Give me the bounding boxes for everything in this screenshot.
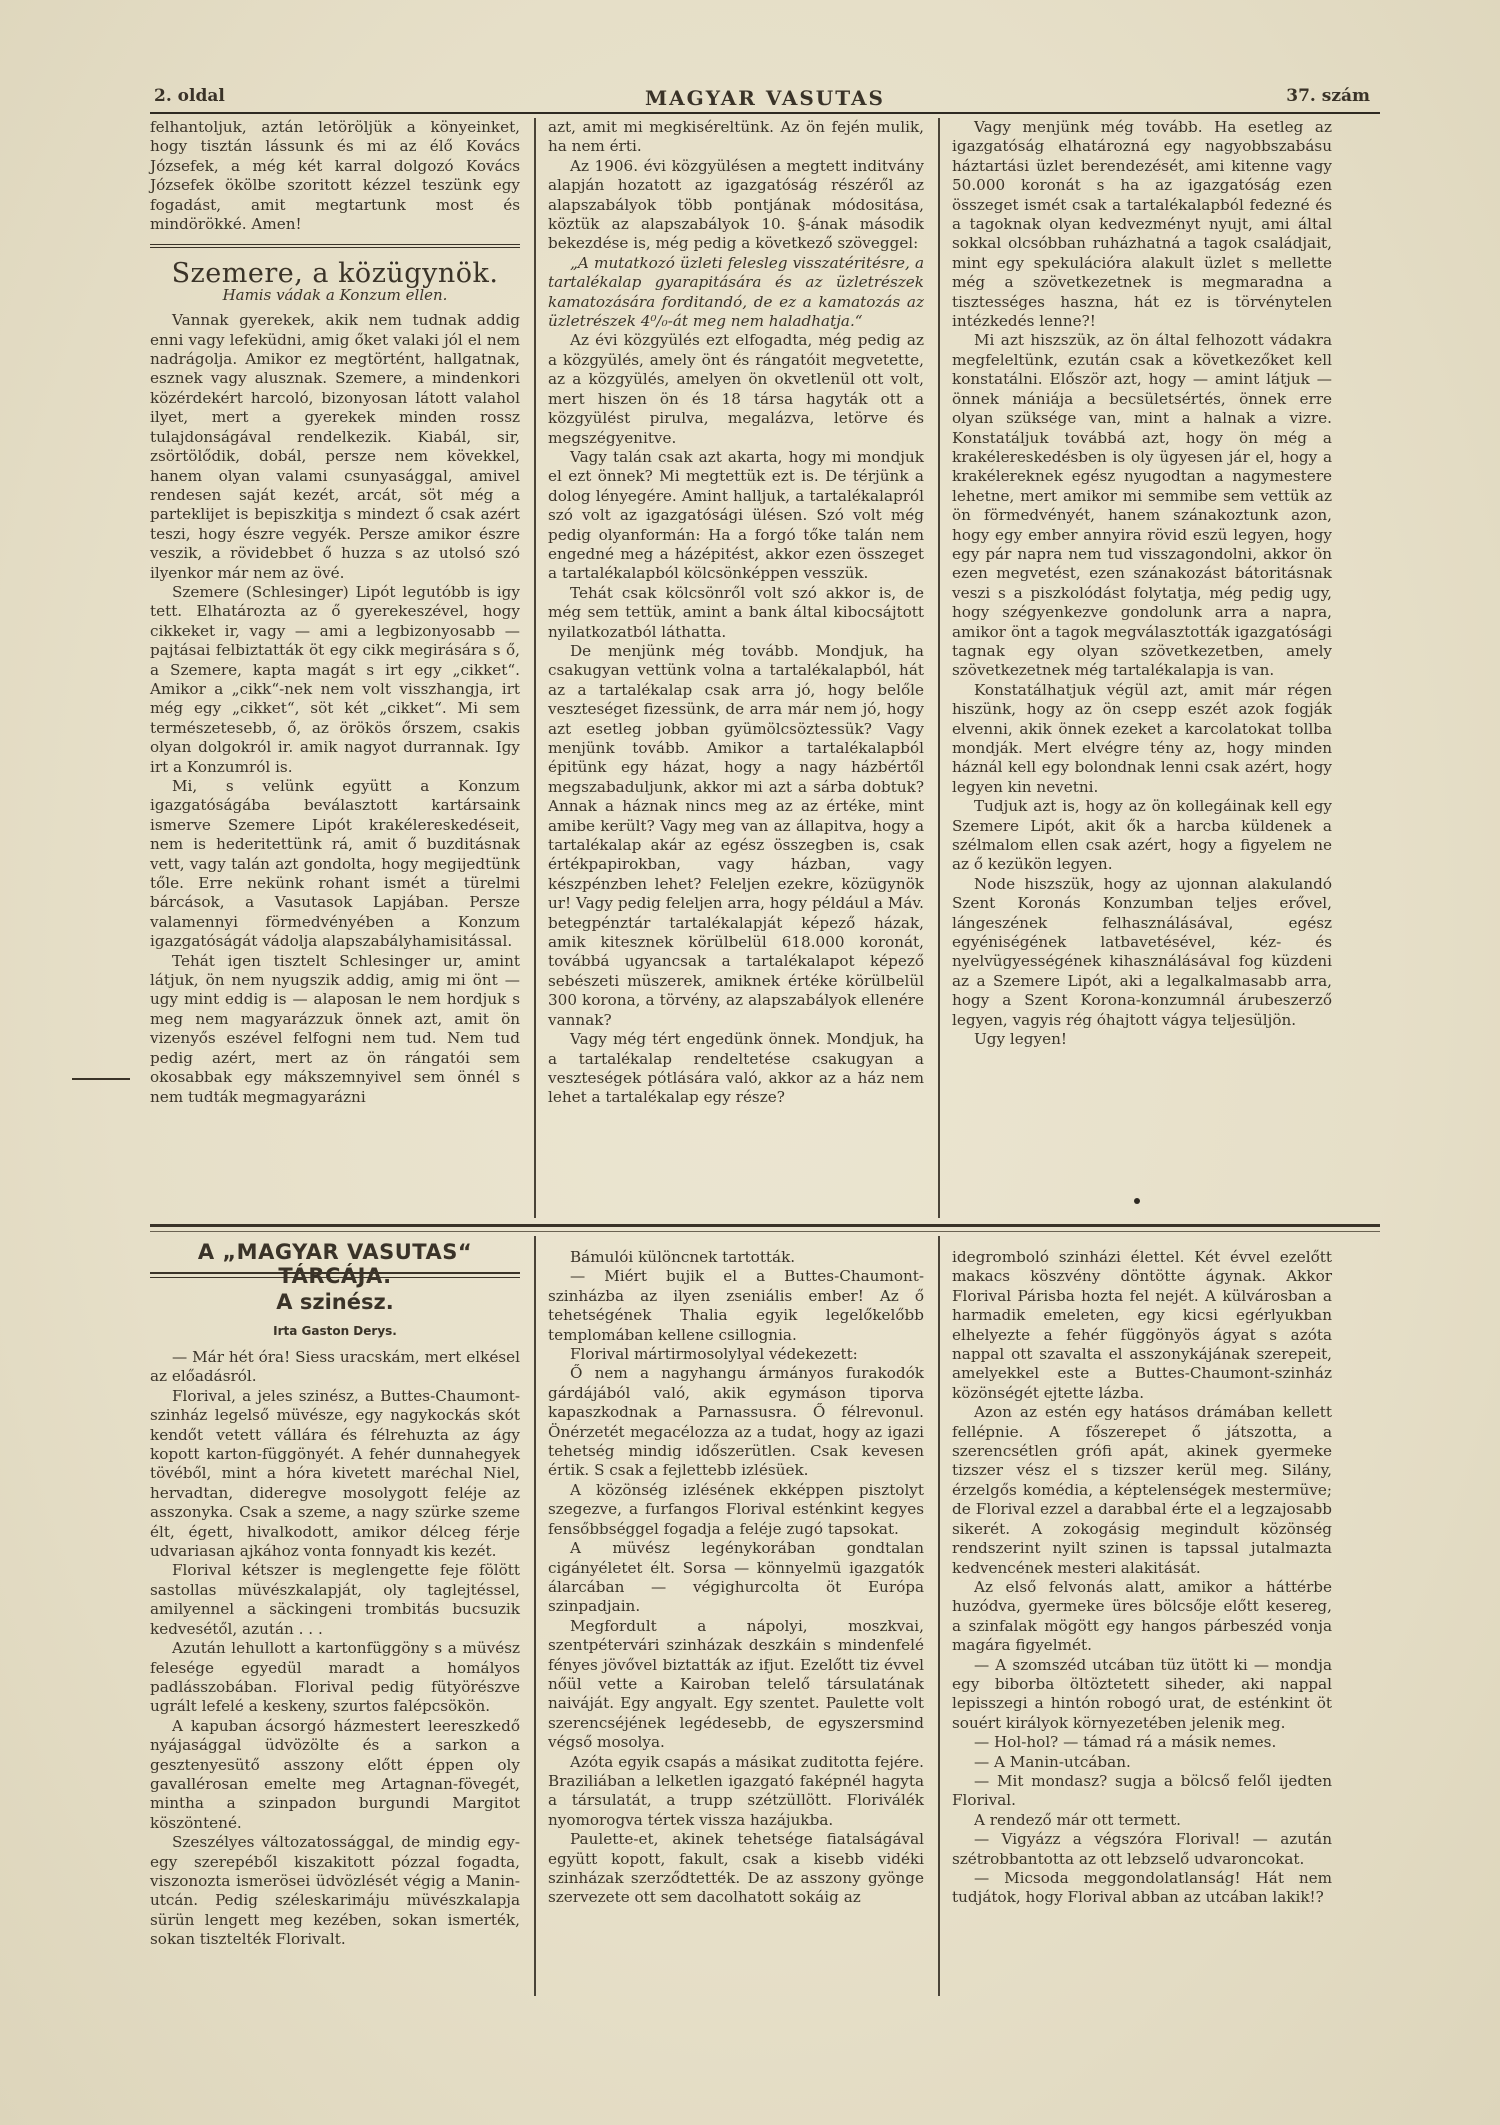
story-paragraph: Florival mártirmosolylyal védekezett: [548, 1345, 924, 1364]
story-paragraph: — Már hét óra! Siess uracskám, mert elké… [150, 1348, 520, 1387]
article-paragraph: Tehát igen tisztelt Schlesinger ur, amin… [150, 952, 520, 1107]
header-rule [150, 112, 1380, 114]
article-paragraph: Mi azt hiszszük, az ön által felhozott v… [952, 331, 1332, 680]
article-paragraph: Mi, s velünk együtt a Konzum igazgatóság… [150, 777, 520, 952]
masthead-title: MAGYAR VASUTAS [150, 86, 1380, 110]
feuilleton-column-1: — Már hét óra! Siess uracskám, mert elké… [150, 1348, 520, 1950]
quoted-bylaw: „A mutatkozó üzleti felesleg visszatérit… [548, 254, 924, 332]
article-paragraph: Konstatálhatjuk végül azt, amit már rége… [952, 681, 1332, 797]
feuilleton-section-title: A „MAGYAR VASUTAS“ TÁRCÁJA. [150, 1240, 520, 1288]
story-paragraph: idegromboló szinházi élettel. Két évvel … [952, 1248, 1332, 1403]
story-paragraph: — Hol-hol? — támad rá a másik nemes. [952, 1733, 1332, 1752]
article-paragraph: De menjünk még tovább. Mondjuk, ha csaku… [548, 642, 924, 1030]
article-title: Szemere, a közügynök. [150, 264, 520, 283]
article-paragraph: Az 1906. évi közgyülésen a megtett indit… [548, 157, 924, 254]
article-paragraph: azt, amit mi megkiséreltünk. Az ön fején… [548, 118, 924, 157]
story-paragraph: Bámulói különcnek tartották. [548, 1248, 924, 1267]
story-paragraph: Szeszélyes változatossággal, de mindig e… [150, 1833, 520, 1949]
story-paragraph: Azóta egyik csapás a másikat zuditotta f… [548, 1753, 924, 1831]
article-closing: Ugy legyen! [952, 1030, 1332, 1049]
story-paragraph: Ő nem a nagyhangu ármányos furakodók gár… [548, 1364, 924, 1480]
article-paragraph: Vannak gyerekek, akik nem tudnak addig e… [150, 311, 520, 583]
article-paragraph: Szemere (Schlesinger) Lipót legutóbb is … [150, 583, 520, 777]
article-paragraph: Vagy menjünk még tovább. Ha esetleg az i… [952, 118, 1332, 331]
story-paragraph: A közönség izlésének ekképpen pisztolyt … [548, 1481, 924, 1539]
story-author: Irta Gaston Derys. [150, 1324, 520, 1338]
story-paragraph: Az első felvonás alatt, amikor a háttérb… [952, 1578, 1332, 1656]
article-paragraph: Az évi közgyülés ezt elfogadta, még pedi… [548, 331, 924, 447]
column-divider [938, 118, 940, 1218]
feuilleton-title-rule [150, 1272, 520, 1278]
article-paragraph: Tehát csak kölcsönről volt szó akkor is,… [548, 584, 924, 642]
article-paragraph: Vagy még tért engedünk önnek. Mondjuk, h… [548, 1030, 924, 1108]
story-paragraph: A rendező már ott termett. [952, 1811, 1332, 1830]
article-paragraph: Tudjuk azt is, hogy az ön kollegáinak ke… [952, 797, 1332, 875]
story-paragraph: A müvész legénykorában gondtalan cigányé… [548, 1539, 924, 1617]
story-paragraph: Megfordult a nápolyi, moszkvai, szentpét… [548, 1617, 924, 1753]
story-paragraph: Florival, a jeles szinész, a Buttes-Chau… [150, 1387, 520, 1562]
story-paragraph: A kapuban ácsorgó házmestert leereszkedő… [150, 1717, 520, 1833]
story-paragraph: — A szomszéd utcában tüz ütött ki — mond… [952, 1656, 1332, 1734]
story-paragraph: Paulette-et, akinek tehetsége fiatalságá… [548, 1830, 924, 1908]
story-paragraph: — Micsoda meggondolatlanság! Hát nem tud… [952, 1869, 1332, 1908]
article-paragraph: Vagy talán csak azt akarta, hogy mi mond… [548, 448, 924, 584]
end-bullet-ornament [1134, 1198, 1140, 1204]
story-paragraph: Azután lehullott a kartonfüggöny s a müv… [150, 1639, 520, 1717]
article-paragraph: Node hiszszük, hogy az ujonnan alakuland… [952, 875, 1332, 1030]
column-divider [534, 1236, 536, 1996]
story-title: A szinész. [150, 1290, 520, 1314]
margin-pen-mark [72, 1078, 130, 1080]
newspaper-page: 2. oldal MAGYAR VASUTAS 37. szám felhant… [0, 0, 1500, 2125]
story-paragraph: — Mit mondasz? sugja a bölcső felől ijed… [952, 1772, 1332, 1811]
intro-paragraph: felhantoljuk, aztán letöröljük a könyein… [150, 118, 520, 234]
section-rule [150, 1224, 1380, 1232]
column-2: azt, amit mi megkiséreltünk. Az ön fején… [548, 118, 924, 1108]
column-1: felhantoljuk, aztán letöröljük a könyein… [150, 118, 520, 1107]
story-paragraph: Florival kétszer is meglengette feje föl… [150, 1561, 520, 1639]
story-paragraph: — Vigyázz a végszóra Florival! — azután … [952, 1830, 1332, 1869]
story-paragraph: Azon az estén egy hatásos drámában kelle… [952, 1403, 1332, 1578]
issue-number: 37. szám [1286, 86, 1370, 106]
feuilleton-column-3: idegromboló szinházi élettel. Két évvel … [952, 1248, 1332, 1908]
story-paragraph: — Miért bujik el a Buttes-Chaumont-szinh… [548, 1267, 924, 1345]
article-divider [150, 244, 520, 248]
column-divider [938, 1236, 940, 1996]
feuilleton-column-2: Bámulói különcnek tartották. — Miért buj… [548, 1248, 924, 1908]
column-divider [534, 118, 536, 1218]
column-3: Vagy menjünk még tovább. Ha esetleg az i… [952, 118, 1332, 1050]
story-paragraph: — A Manin-utcában. [952, 1753, 1332, 1772]
page-header: 2. oldal MAGYAR VASUTAS 37. szám [150, 86, 1380, 112]
